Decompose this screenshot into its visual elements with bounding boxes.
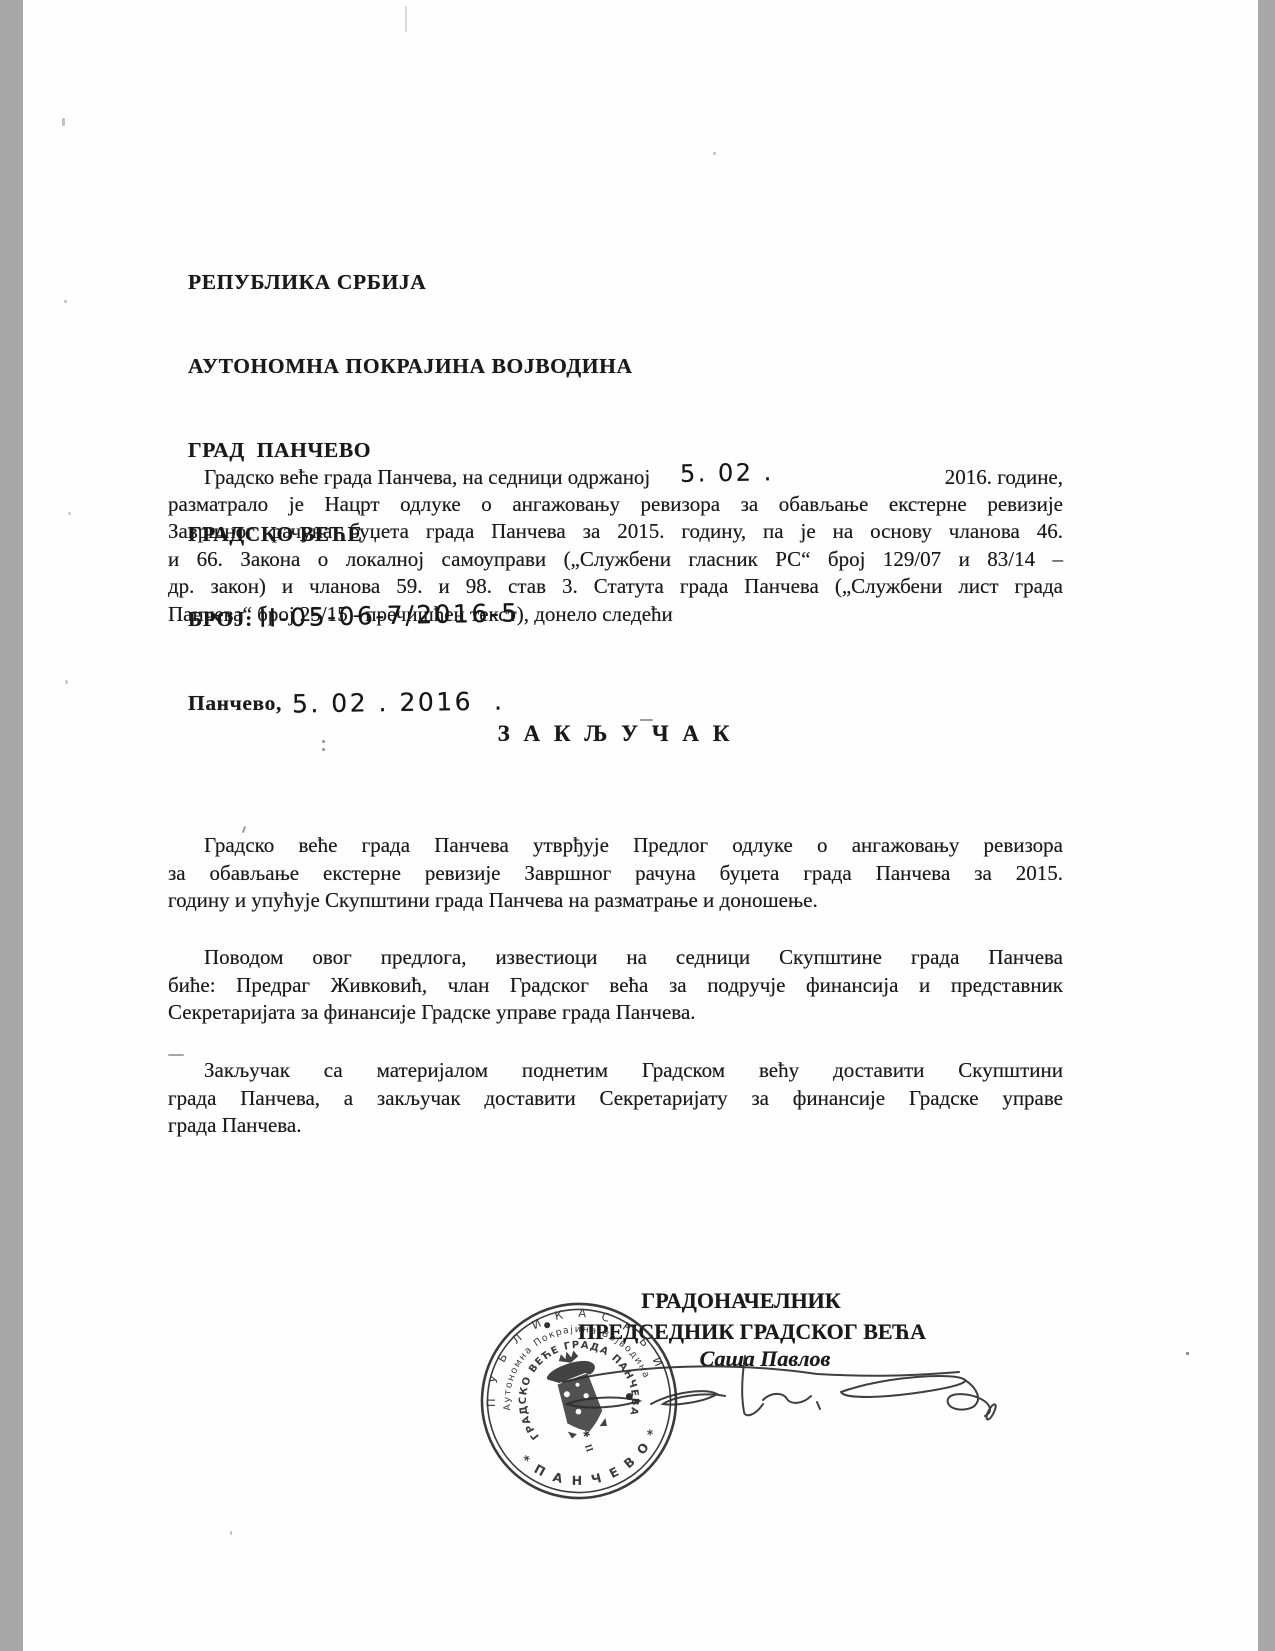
paragraph-line: Градско веће града Панчева утврђује Пред… [168,832,1063,860]
letterhead-country: РЕПУБЛИКА СРБИЈА [188,268,633,296]
paragraph-line: Поводом овог предлога, известиоци на сед… [168,944,1063,972]
place-date-line: Панчево,5. 02 . 2016 . [188,688,633,716]
paragraph-line: Панчева“ број 25/15 - пречишћен текст), … [168,601,1063,629]
paragraph-line: годину и упућује Скупштини града Панчева… [168,887,1063,915]
scan-speck [1186,1352,1189,1355]
date-handwritten: 5. 02 . 2016 . [292,688,505,719]
paragraph-decision: Градско веће града Панчева утврђује Пред… [168,832,1063,915]
paragraph-line: града Панчева, а закључак доставити Секр… [168,1085,1063,1113]
scan-speck [168,1054,184,1056]
paragraph-rapporteurs: Поводом овог предлога, известиоци на сед… [168,944,1063,1027]
paragraph-line: Секретаријата за финансије Градске управ… [168,999,1063,1027]
scan-speck [713,152,716,155]
paragraph-line: Закључак са материјалом поднетим Градско… [168,1057,1063,1085]
letterhead-city: ГРАД ПАНЧЕВО [188,436,633,464]
paragraph-line: др. закон) и чланова 59. и 98. став 3. С… [168,573,1063,601]
signature-autograph [555,1352,1000,1430]
paragraph-line: биће: Предраг Живковић, члан Градског ве… [168,972,1063,1000]
paragraph-intro: Градско веће града Панчева, на седници о… [168,463,1063,628]
session-date-handwritten: 5. 02 . [680,459,774,488]
scan-speck [640,719,653,721]
intro-line-start: Градско веће града Панчева, на седници о… [204,464,650,492]
place-label: Панчево, [188,691,282,715]
scan-speck [405,6,407,32]
stamp-section-mark: II [582,1443,595,1454]
paragraph-delivery: Закључак са материјалом поднетим Градско… [168,1057,1063,1140]
scan-speck [230,1531,232,1535]
paragraph-line: Градско веће града Панчева, на седници о… [168,463,1063,491]
scan-speck [322,740,325,743]
document-title: З А К Љ У Ч А К [168,721,1063,747]
scan-speck [64,300,67,303]
scan-speck [68,512,71,515]
letterhead-province: АУТОНОМНА ПОКРАЈИНА ВОЈВОДИНА [188,352,633,380]
scanned-document-page: РЕПУБЛИКА СРБИЈА АУТОНОМНА ПОКРАЈИНА ВОЈ… [0,0,1275,1651]
scan-speck [62,118,65,126]
intro-line-end: 2016. године, [945,464,1063,492]
paragraph-line: града Панчева. [168,1112,1063,1140]
paragraph-line: Завршног рачуна буџета града Панчева за … [168,518,1063,546]
paragraph-line: разматрало је Нацрт одлуке о ангажовању … [168,491,1063,519]
scan-edge-right [1258,0,1275,1651]
scan-speck [322,748,325,751]
scan-edge-left [0,0,23,1651]
paragraph-line: и 66. Закона о локалној самоуправи („Слу… [168,546,1063,574]
scan-speck [65,680,68,684]
paragraph-line: за обављање екстерне ревизије Завршног р… [168,860,1063,888]
